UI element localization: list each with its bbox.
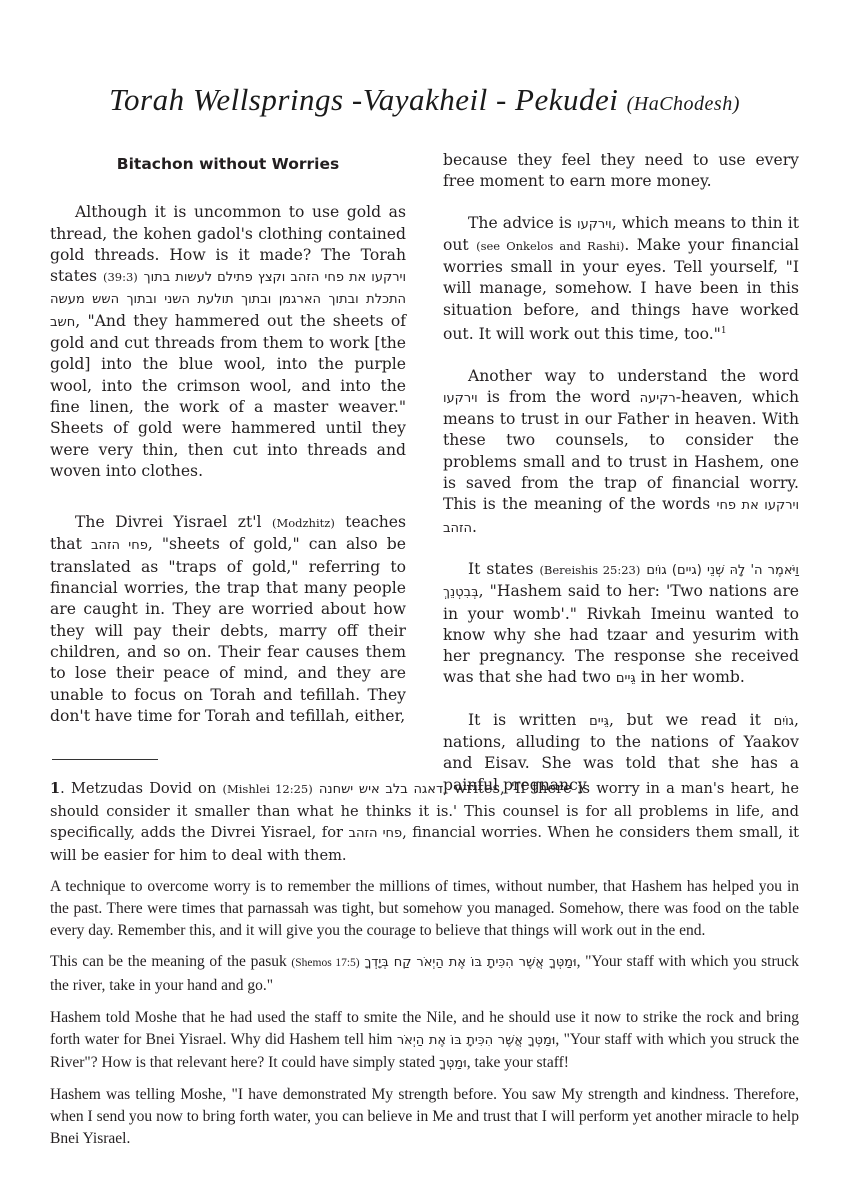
footnote-paragraph: Hashem was telling Moshe, "I have demons… [50, 1084, 799, 1149]
section-heading: Bitachon without Worries [50, 154, 406, 175]
hebrew-text: פחי הזהב [349, 826, 403, 841]
source-reference: (39:3) [103, 270, 138, 284]
footnote-number: 1 [50, 780, 60, 797]
page-title: Torah Wellsprings -Vayakheil - Pekudei (… [0, 82, 849, 118]
source-reference: (see Onkelos and Rashi) [476, 239, 624, 253]
paragraph: It states (Bereishis 25:23) וַיֹּאמֶר ה'… [443, 559, 799, 690]
paragraph: The advice is וירקעו, which means to thi… [443, 213, 799, 346]
source-reference: (Mishlei 12:25) [222, 782, 312, 796]
hebrew-text: וירקעו [443, 391, 478, 406]
footnote-paragraph: A technique to overcome worry is to reme… [50, 876, 799, 941]
hebrew-text: רקיעה [640, 391, 676, 406]
hebrew-text: וּמַטְּךָ אֲשֶׁר הִכִּיתָ בּוֹ אֶת הַיְא… [364, 955, 576, 970]
right-column: because they feel they need to use every… [443, 150, 799, 816]
paragraph: Another way to understand the word וירקע… [443, 366, 799, 539]
footnotes: 1. Metzudas Dovid on (Mishlei 12:25) דאג… [50, 778, 799, 1160]
footnote-1: 1. Metzudas Dovid on (Mishlei 12:25) דאג… [50, 778, 799, 866]
footnote-divider [52, 759, 158, 760]
left-column: Bitachon without Worries Although it is … [50, 150, 406, 747]
footnote-paragraph: This can be the meaning of the pasuk (Sh… [50, 951, 799, 997]
source-reference: (Shemos 17:5) [291, 957, 359, 969]
hebrew-text: פחי הזהב [91, 538, 148, 553]
hebrew-text: דאגה בלב איש ישחנה [319, 782, 443, 797]
hebrew-text: וּמַטְּךָ [439, 1056, 467, 1071]
hebrew-text: גֵּיים [589, 714, 609, 729]
title-main: Torah Wellsprings -Vayakheil - Pekudei [109, 82, 626, 117]
hebrew-text: וירקעו [577, 217, 612, 232]
hebrew-text: גֵּיים [616, 671, 636, 686]
hebrew-text: גוֹיִם [774, 714, 794, 729]
source-reference: (Modzhitz) [272, 516, 335, 530]
paragraph: The Divrei Yisrael zt'l (Modzhitz) teach… [50, 512, 406, 727]
footnote-paragraph: Hashem told Moshe that he had used the s… [50, 1007, 799, 1074]
paragraph: because they feel they need to use every… [443, 150, 799, 193]
paragraph: Although it is uncommon to use gold as t… [50, 202, 406, 482]
source-reference: (Bereishis 25:23) [539, 563, 640, 577]
footnote-mark: 1 [721, 326, 727, 336]
hebrew-text: וּמַטְּךָ אֲשֶׁר הִכִּיתָ בּוֹ אֶת הַיְא… [397, 1033, 556, 1048]
title-subtitle: (HaChodesh) [627, 93, 740, 115]
